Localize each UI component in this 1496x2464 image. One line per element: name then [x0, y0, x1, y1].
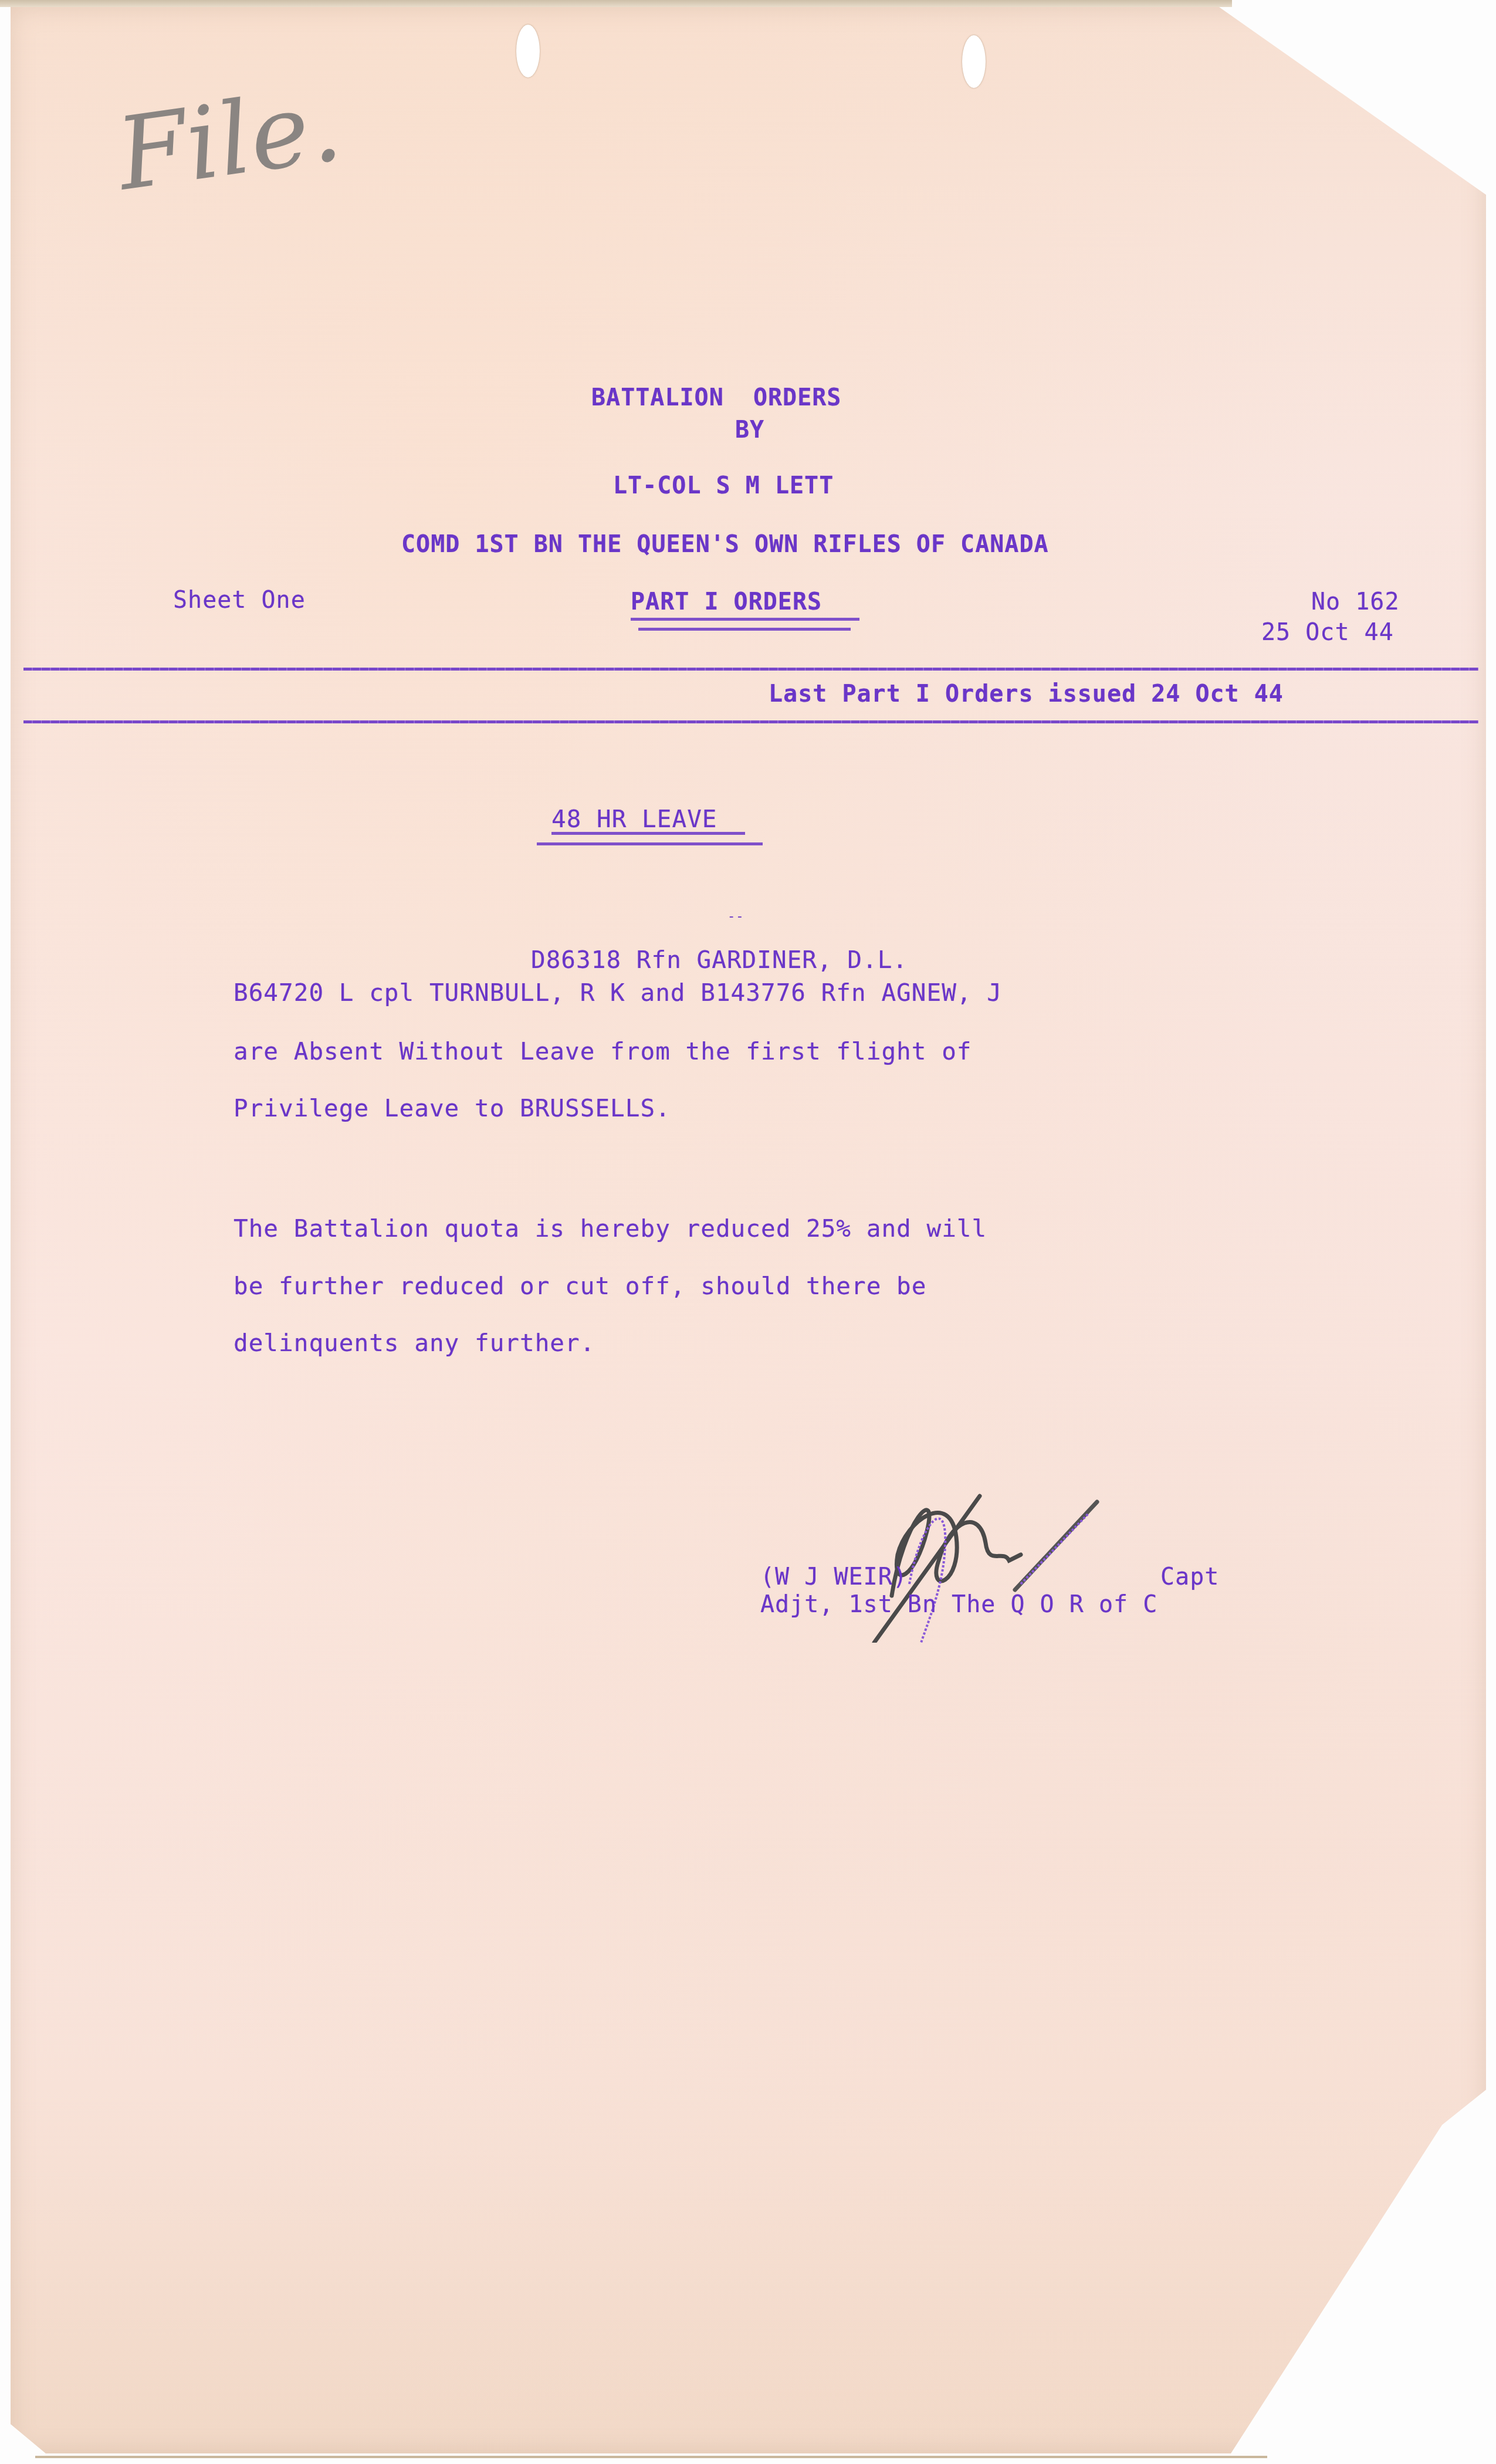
header-rule-top: [23, 668, 1478, 671]
separator-dash: --: [727, 909, 744, 924]
scan-background: File. BATTALION ORDERS BY LT-COL S M LET…: [0, 0, 1496, 2464]
para1-line3: are Absent Without Leave from the first …: [233, 1037, 972, 1065]
commander-name: LT-COL S M LETT: [613, 472, 834, 499]
para2-line1: The Battalion quota is hereby reduced 25…: [233, 1214, 987, 1243]
para1-line1: D86318 Rfn GARDINER, D.L.: [531, 946, 908, 974]
subject-underline-1: [551, 832, 745, 835]
subject-underline-2: [537, 842, 763, 845]
section-underline-2: [638, 628, 851, 631]
section-underline-1: [631, 618, 859, 621]
paper-edge-top: [0, 0, 1232, 7]
punch-hole-left: [516, 25, 540, 77]
section-title: PART I ORDERS: [631, 588, 822, 615]
para1-line4: Privilege Leave to BRUSSELLS.: [233, 1094, 671, 1122]
last-orders-note: Last Part I Orders issued 24 Oct 44: [769, 681, 1284, 708]
unit-name: COMD 1ST BN THE QUEEN'S OWN RIFLES OF CA…: [401, 531, 1049, 558]
para1-line2: B64720 L cpl TURNBULL, R K and B143776 R…: [233, 979, 1002, 1007]
order-number: No 162: [1311, 588, 1400, 615]
para2-line3: delinquents any further.: [233, 1329, 595, 1357]
signatory-appointment: Adjt, 1st Bn The Q O R of C: [760, 1591, 1157, 1618]
signatory-rank: Capt: [1160, 1563, 1219, 1590]
signatory-name: (W J WEIR): [760, 1563, 908, 1590]
title-battalion-orders: BATTALION ORDERS: [591, 384, 841, 411]
order-date: 25 Oct 44: [1261, 619, 1394, 646]
title-by: BY: [735, 417, 764, 444]
subject-heading: 48 HR LEAVE: [551, 805, 717, 833]
para2-line2: be further reduced or cut off, should th…: [233, 1272, 926, 1300]
paper-edge-bottom: [35, 2456, 1267, 2458]
sheet-label: Sheet One: [173, 587, 306, 614]
header-rule-bottom: [23, 720, 1478, 723]
punch-hole-right: [962, 35, 986, 88]
